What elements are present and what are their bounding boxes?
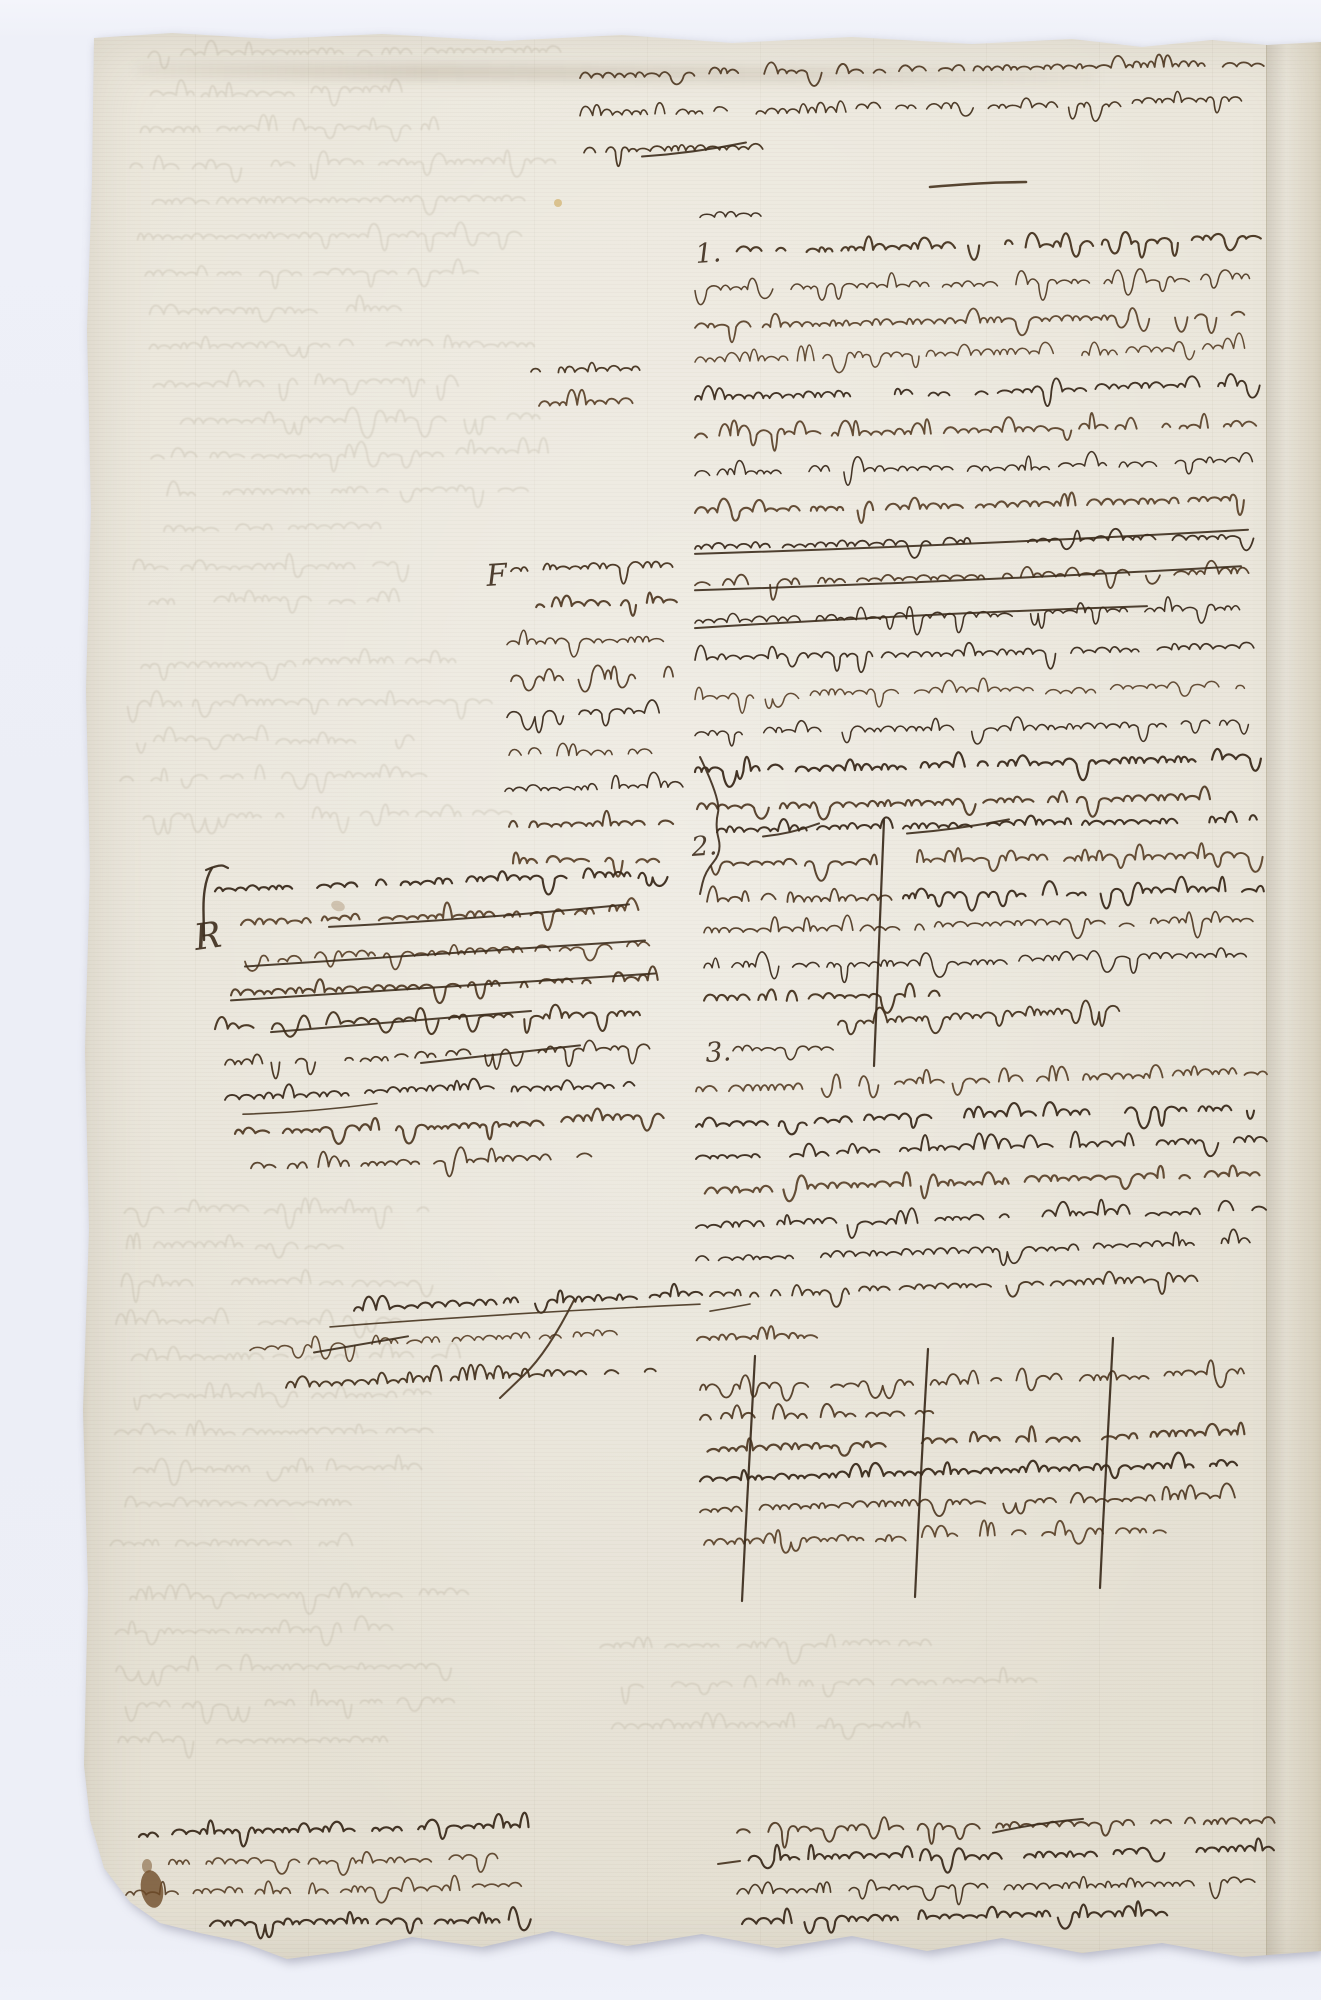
manuscript-scan: Scanned handwritten manuscript page, Ger… — [0, 0, 1321, 2000]
paper-sheet — [82, 30, 1321, 1965]
paper-smudge-band — [137, 63, 1097, 85]
paper-shadow-wrap — [0, 0, 1321, 2000]
paper-fold-edge — [1266, 30, 1321, 1965]
